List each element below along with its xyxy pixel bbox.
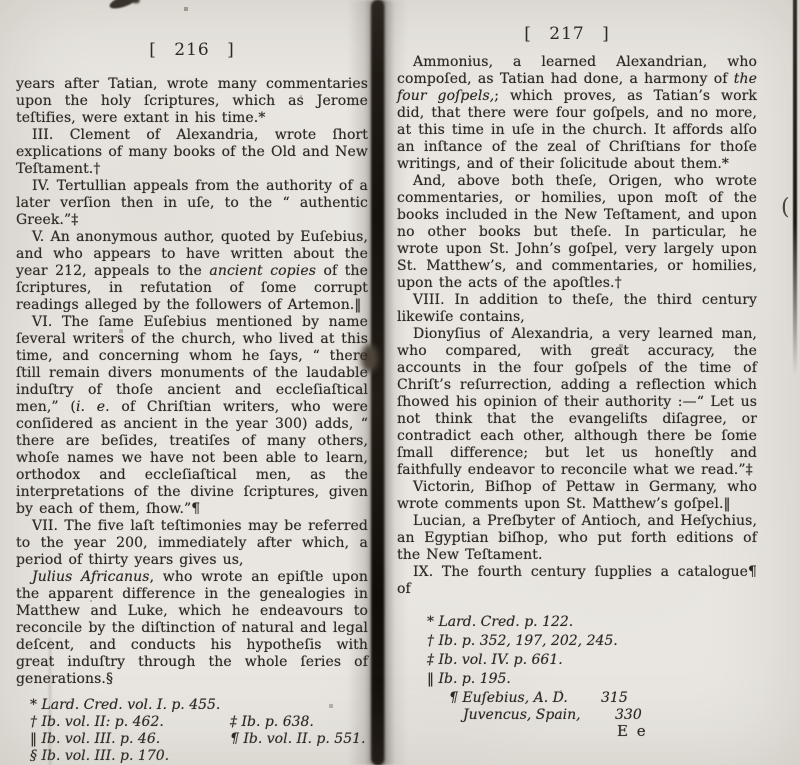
signature-mark: E e <box>617 724 757 739</box>
text-segment: VII. The five laſt teſtimonies may be re… <box>16 518 368 568</box>
text-segment-italic: ancient copies <box>209 263 316 279</box>
footnote-line: ‖ Ib. p. 195. <box>427 670 757 689</box>
text-segment-italic: i. e. <box>76 399 110 415</box>
paragraph: Julius Africanus, who wrote an epiſtle u… <box>16 569 368 688</box>
paragraph: VIII. In addition to theſe, the third ce… <box>397 292 757 326</box>
paragraph: And, above both theſe, Origen, who wrote… <box>397 173 757 292</box>
footnote-line: † Ib. p. 352, 197, 202, 245. <box>427 632 757 651</box>
text-segment: And, above both theſe, Origen, who wrote… <box>397 173 757 291</box>
text-segment: years after Tatian, wrote many commentar… <box>16 76 368 126</box>
left-footnotes: * Lard. Cred. vol. I. p. 455. † Ib. vol.… <box>30 697 368 765</box>
scan-edge-line <box>793 0 797 375</box>
page-number-right: [ 217 ] <box>387 24 747 44</box>
left-page-body: years after Tatian, wrote many commentar… <box>16 76 368 688</box>
right-footnotes: * Lard. Cred. p. 122. † Ib. p. 352, 197,… <box>427 613 757 739</box>
text-segment: VIII. In addition to theſe, the third ce… <box>397 292 757 325</box>
author-name: ¶ Euſebius, A. D. <box>449 691 601 706</box>
footnote-text: ‡ Ib. p. 638. <box>230 714 368 731</box>
paragraph: years after Tatian, wrote many commentar… <box>16 76 368 127</box>
footnote-line: ‡ Ib. vol. IV. p. 661. <box>427 651 757 670</box>
gutter-binding-line <box>371 0 384 765</box>
text-segment: of Chriſtian writers, who were conſidere… <box>16 399 368 517</box>
right-page-body: Ammonius, a learned Alexandrian, who com… <box>397 54 757 598</box>
paragraph: IV. Tertullian appeals from the authorit… <box>16 178 368 229</box>
footnote-text: * Lard. Cred. vol. I. p. 455. <box>30 697 230 714</box>
footnote-text: † Ib. vol. II: p. 462. <box>30 714 230 731</box>
footnote-text: ¶ Ib. vol. II. p. 551. <box>230 731 368 748</box>
paragraph: Victorin, Biſhop of Pettaw in Germany, w… <box>397 479 757 513</box>
footnote-line: * Lard. Cred. vol. I. p. 455. <box>30 697 368 714</box>
text-segment: , who wrote an epiſtle upon the apparent… <box>16 569 368 687</box>
text-segment: Dionyſius of Alexandria, a very learned … <box>397 326 757 478</box>
paragraph: Dionyſius of Alexandria, a very learned … <box>397 326 757 479</box>
author-date-row: Juvencus, Spain,330 <box>449 708 757 723</box>
footnote-line: ‖ Ib. vol. III. p. 46.¶ Ib. vol. II. p. … <box>30 731 368 748</box>
paragraph: IX. The fourth century ſupplies a catalo… <box>397 564 757 598</box>
paragraph: V. An anonymous author, quoted by Euſebi… <box>16 229 368 314</box>
text-segment-italic: Julius Africanus <box>32 569 150 585</box>
text-segment: IX. The fourth century ſupplies a catalo… <box>397 564 757 597</box>
paragraph: Ammonius, a learned Alexandrian, who com… <box>397 54 757 173</box>
paragraph: III. Clement of Alexandria, wrote ſhort … <box>16 127 368 178</box>
footnote-text: ‖ Ib. vol. III. p. 46. <box>30 731 230 748</box>
paragraph: VII. The five laſt teſtimonies may be re… <box>16 518 368 569</box>
text-segment: Lucian, a Preſbyter of Antioch, and Heſy… <box>397 513 757 563</box>
scan-specks <box>0 0 2 2</box>
text-segment: Victorin, Biſhop of Pettaw in Germany, w… <box>397 479 757 512</box>
footnote-line: § Ib. vol. III. p. 170. <box>30 748 368 765</box>
book-scan: ( [ 216 ] years after Tatian, wrote many… <box>0 0 800 765</box>
right-page: [ 217 ] Ammonius, a learned Alexandrian,… <box>397 24 757 739</box>
paragraph: Lucian, a Preſbyter of Antioch, and Heſy… <box>397 513 757 564</box>
paragraph: VI. The ſame Euſebius mentioned by name … <box>16 314 368 518</box>
footnote-line: † Ib. vol. II: p. 462.‡ Ib. p. 638. <box>30 714 368 731</box>
footnote-line: * Lard. Cred. p. 122. <box>427 613 757 632</box>
author-year: 330 <box>615 708 642 723</box>
author-year: 315 <box>601 691 628 706</box>
footnote-text: § Ib. vol. III. p. 170. <box>30 748 230 765</box>
text-segment: Ammonius, a learned Alexandrian, who com… <box>397 54 757 87</box>
page-number-left: [ 216 ] <box>16 40 368 60</box>
text-segment: III. Clement of Alexandria, wrote ſhort … <box>16 127 368 177</box>
author-date-row: ¶ Euſebius, A. D.315 <box>449 691 757 706</box>
author-name: Juvencus, Spain, <box>449 708 615 723</box>
left-page: [ 216 ] years after Tatian, wrote many c… <box>16 40 368 765</box>
stray-paren-mark: ( <box>781 195 790 220</box>
text-segment: IV. Tertullian appeals from the authorit… <box>16 178 368 228</box>
